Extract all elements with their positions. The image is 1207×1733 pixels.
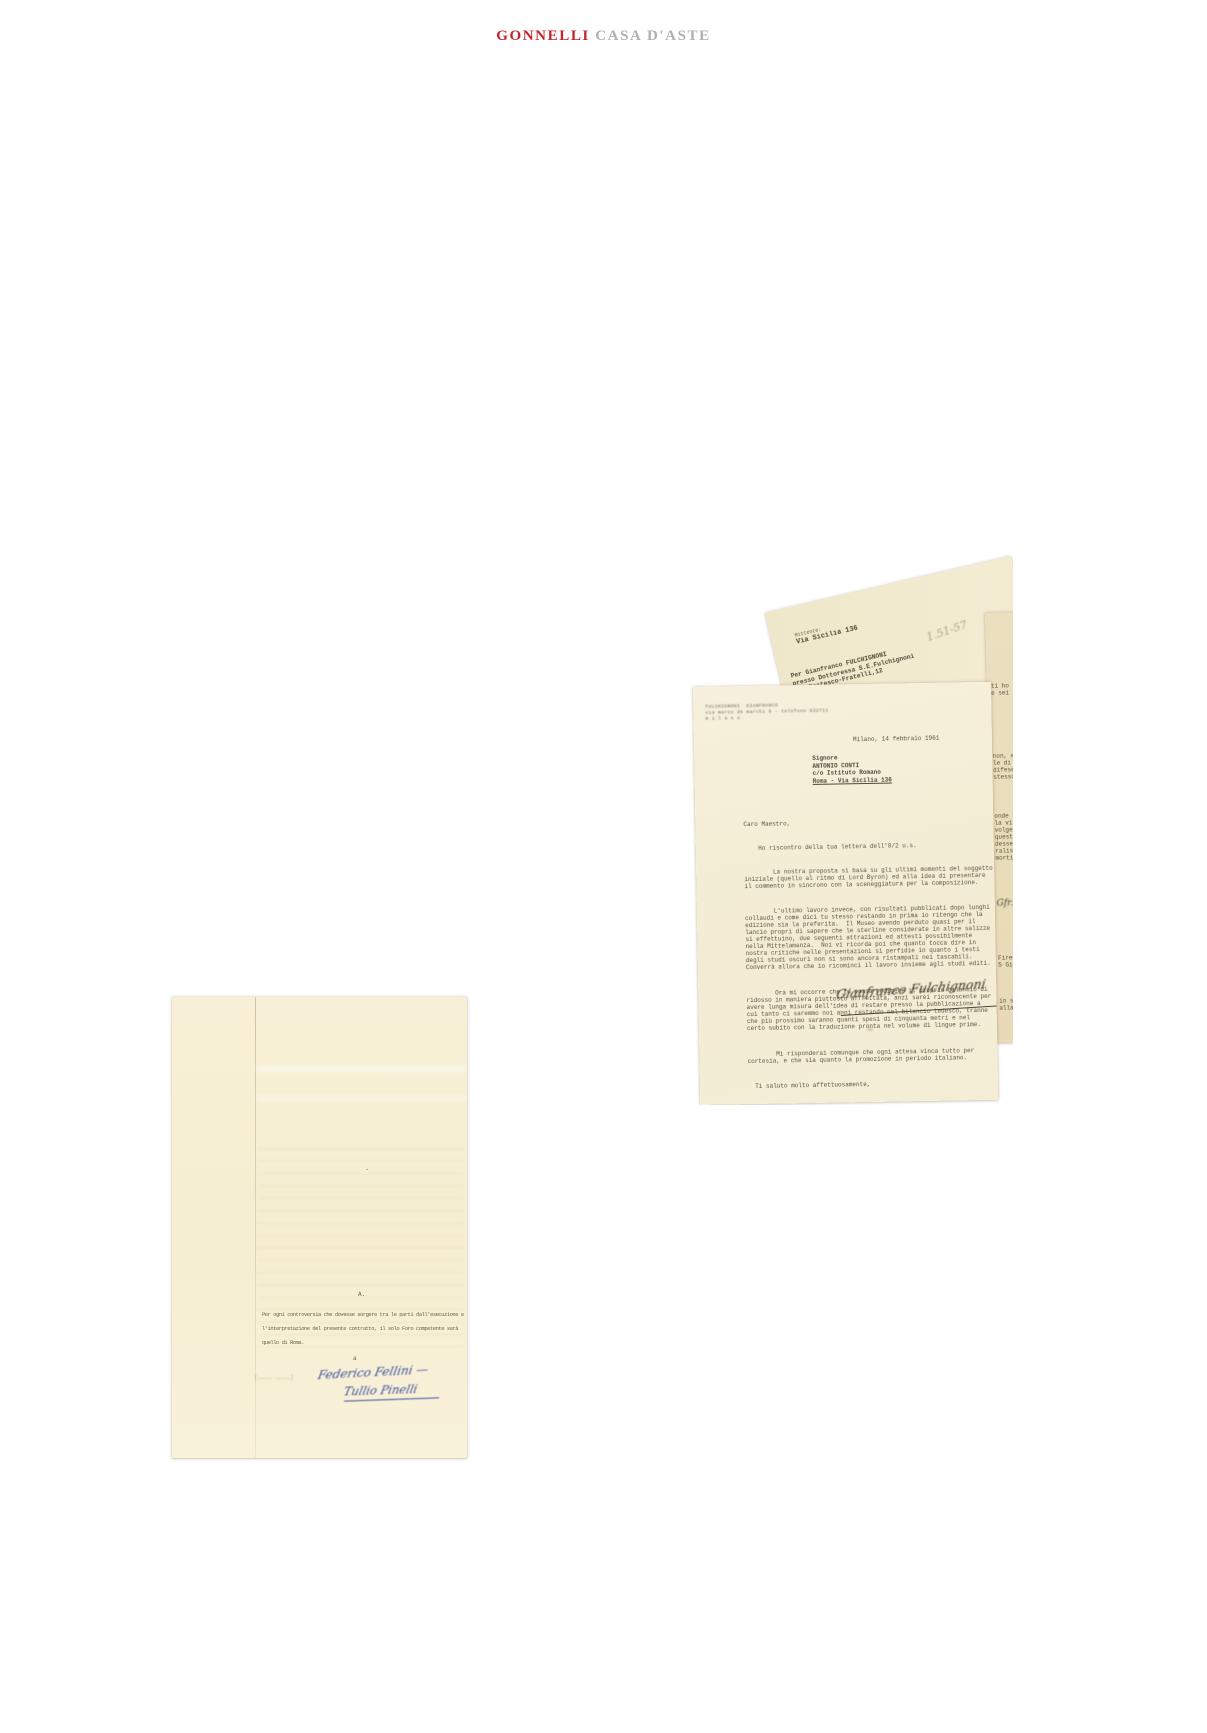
front-letter-paragraph-1: La nostra proposta si basa su gli ultimi… bbox=[744, 865, 993, 890]
contract-stamp-text: (………… …………) bbox=[254, 1374, 294, 1381]
front-letter-date: Milano, 14 febbraio 1961 bbox=[853, 735, 940, 744]
side-sheet-fragment-3: onde soccorso la via disade- volge recat… bbox=[994, 811, 1013, 862]
front-letter-body: Caro Maestro, Ho riscontro della tua let… bbox=[743, 803, 997, 1104]
contract-signature-1: Federico Fellini — bbox=[317, 1362, 430, 1382]
contract-scan-band-1 bbox=[256, 1065, 467, 1072]
contract-dot-mark: . bbox=[365, 1166, 369, 1173]
lot-photo-contract: . A. Per ogni controversia che dovesse s… bbox=[172, 997, 467, 1458]
side-sheet-fragment-5: in seguito alla lettera bbox=[999, 997, 1013, 1012]
back-letter-pencil-note: 1.51-57 bbox=[925, 618, 969, 644]
front-letter-sheet: FULCHIGNONI GIANFRANCO via marco de marc… bbox=[693, 682, 998, 1105]
front-letter-intro: Ho riscontro della tua lettera dell'8/2 … bbox=[744, 841, 993, 852]
front-letter-paragraph-2: L'ultimo lavoro invece, con risultati pu… bbox=[745, 904, 995, 971]
front-letter-letterhead: FULCHIGNONI GIANFRANCO via marco de marc… bbox=[705, 703, 828, 724]
front-letter-recipient-street: Roma - Via Sicilia 136 bbox=[813, 776, 892, 784]
contract-signature-2: Tullio Pinelli bbox=[343, 1382, 419, 1399]
side-sheet-fragment-4: Firenze, lì 5 Giugno 1961 bbox=[998, 954, 1013, 969]
contract-center-mark: a bbox=[353, 1355, 357, 1362]
side-sheet-signature-fragment: Gfr. bbox=[996, 898, 1013, 908]
front-letter-paragraph-4: Mi risponderai comunque che ogni attesa … bbox=[747, 1047, 996, 1065]
back-letter-sender-street: Via Sicilia 136 bbox=[796, 626, 859, 647]
contract-clause-label: A. bbox=[358, 1291, 365, 1298]
catalog-page: GONNELLI CASA D'ASTE Mittente: Via Sicil… bbox=[0, 0, 1207, 1733]
catalog-header: GONNELLI CASA D'ASTE bbox=[0, 28, 1207, 45]
front-letter-recipient: Signore ANTONIO CONTI c/o Istituto Roman… bbox=[812, 754, 881, 778]
contract-scan-band-2 bbox=[256, 1095, 467, 1101]
contract-signature-underline bbox=[344, 1397, 439, 1401]
side-sheet-fragment-1: ti ho recapito e sei partito bbox=[991, 682, 1013, 697]
front-letter-salutation: Caro Maestro, bbox=[743, 817, 992, 828]
brand-subtitle: CASA D'ASTE bbox=[590, 28, 711, 44]
front-letter-closing: Ti saluto molto affettuosamente, bbox=[748, 1079, 997, 1090]
brand-name: GONNELLI bbox=[496, 28, 590, 44]
side-sheet-fragment-2: non, e che le di delle difese, e di- ste… bbox=[993, 752, 1013, 781]
lot-photo-letters: Mittente: Via Sicilia 136 1.51-57 8 febb… bbox=[615, 545, 1013, 1105]
contract-clause-text: Per ogni controversia che dovesse sorger… bbox=[262, 1308, 464, 1350]
